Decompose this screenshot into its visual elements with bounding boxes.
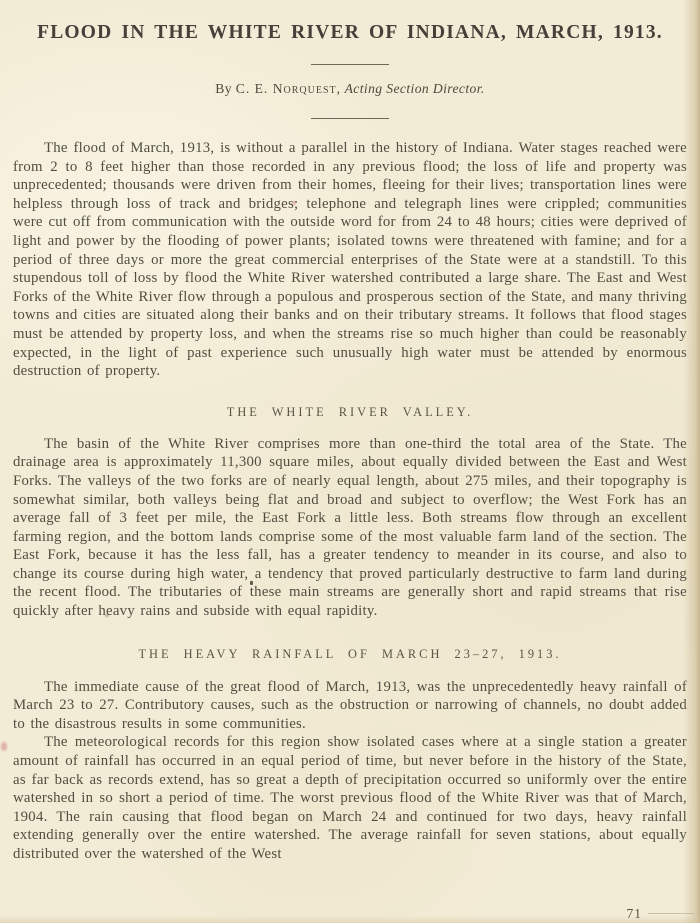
document-body: The flood of March, 1913, is without a p…	[13, 139, 687, 864]
divider-rule-top	[311, 64, 389, 65]
page-edge-shadow-bottom	[0, 916, 700, 923]
paragraph-valley: The basin of the White River comprises m…	[13, 435, 687, 621]
section-heavy-rainfall: THE HEAVY RAINFALL OF MARCH 23–27, 1913.…	[13, 647, 687, 864]
byline-prefix: By	[215, 81, 235, 96]
section-heading-white-river-valley: THE WHITE RIVER VALLEY.	[13, 405, 687, 420]
section-introduction: The flood of March, 1913, is without a p…	[13, 139, 687, 381]
scanned-document-page: { "page": { "title": "FLOOD IN THE WHITE…	[0, 0, 700, 923]
section-heading-heavy-rainfall: THE HEAVY RAINFALL OF MARCH 23–27, 1913.	[13, 647, 687, 662]
paragraph-intro: The flood of March, 1913, is without a p…	[13, 139, 687, 381]
scan-speck	[1, 742, 7, 751]
page-number: 71	[627, 906, 643, 922]
byline: By C. E. Norquest, Acting Section Direct…	[13, 81, 687, 97]
paragraph-rainfall-cause: The immediate cause of the great flood o…	[13, 678, 687, 734]
section-white-river-valley: THE WHITE RIVER VALLEY. The basin of the…	[13, 405, 687, 621]
scan-artifact-line	[648, 913, 694, 915]
paragraph-meteorological-records: The meteorological records for this regi…	[13, 733, 687, 863]
divider-rule-bottom	[311, 118, 389, 119]
page-title: FLOOD IN THE WHITE RIVER OF INDIANA, MAR…	[19, 22, 681, 44]
byline-author: C. E. Norquest,	[236, 81, 341, 96]
document-page: FLOOD IN THE WHITE RIVER OF INDIANA, MAR…	[0, 0, 700, 923]
byline-role: Acting Section Director.	[341, 81, 485, 96]
